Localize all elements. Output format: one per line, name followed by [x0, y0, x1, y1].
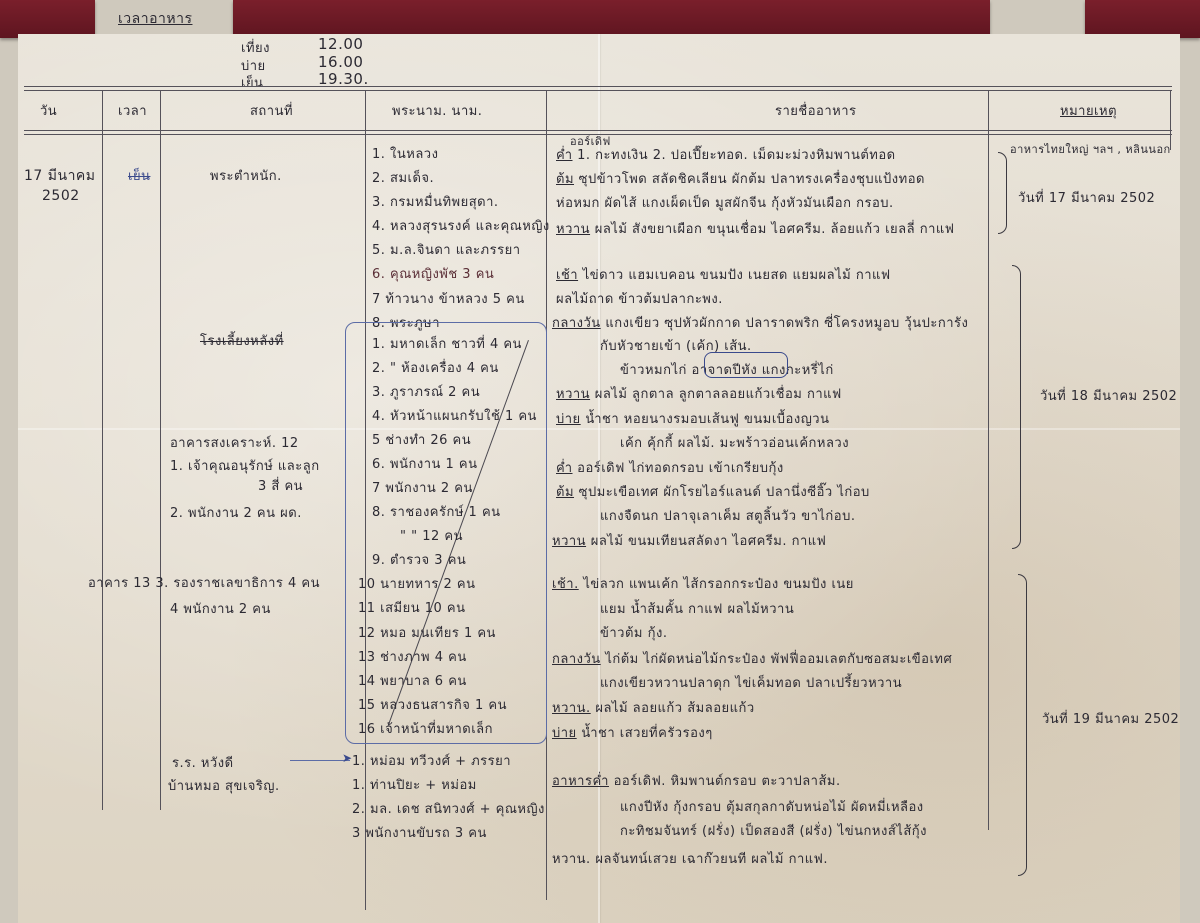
menu-items: เค้ก คุ้กกี้ ผลไม้. มะพร้าวอ่อนเค้กหลวง: [620, 436, 849, 451]
menu-items: ข้าวต้ม กุ้ง.: [600, 626, 667, 641]
day2-side-place: อาคารสงเคราะห์. 12: [170, 432, 299, 453]
day2-guest: " " 12 คน: [400, 525, 463, 546]
meal-label: เช้า: [556, 268, 578, 283]
day2-guest: 12 หมอ มนเทียร 1 คน: [358, 622, 496, 643]
day2-guest: 9. ตำรวจ 3 คน: [372, 549, 466, 570]
meal-label: ต้ม: [556, 172, 574, 187]
meal-label: ต้ม: [556, 485, 574, 500]
meal-label: หวาน.: [552, 852, 591, 867]
day3-guest: 3 พนักงานขับรถ 3 คน: [352, 822, 487, 843]
day3-menu-row: ข้าวต้ม กุ้ง.: [600, 622, 667, 643]
day2-guest: 10 นายทหาร 2 คน: [358, 573, 476, 594]
arrow-head-icon: ➤: [342, 751, 353, 765]
day2-guest: 14 พยาบาล 6 คน: [358, 670, 467, 691]
menu-items: แกงจืดนก ปลาจุเลาเค็ม สตูลิ้นวัว ขาไก่อบ…: [600, 509, 855, 524]
menu-items: ไข่ลวก แพนเค้ก ไส้กรอกกระป๋อง ขนมปัง เนย: [583, 577, 854, 592]
meal-label: ค่ำ: [556, 148, 573, 163]
day1-guest: 4. หลวงสุรนรงค์ และคุณหญิง: [372, 215, 550, 236]
meal-label: หวาน: [552, 534, 586, 549]
meal-label: หวาน: [556, 387, 590, 402]
day2-menu-row: เช้า ไข่ดาว แฮมเบคอน ขนมปัง เนยสด แยมผลไ…: [556, 264, 891, 285]
day3-menu-row: แยม น้ำส้มคั้น กาแฟ ผลไม้หวาน: [600, 598, 794, 619]
day3-side-place2: บ้านหมอ สุขเจริญ.: [168, 775, 280, 796]
day3-menu-row: หวาน. ผลจันทน์เสวย เฉาก๊วยนที ผลไม้ กาแฟ…: [552, 848, 828, 869]
day3-menu-row: กลางวัน ไก่ต้ม ไก่ผัดหน่อไม้กระป๋อง พัฟฟ…: [552, 648, 952, 669]
menu-items: ซุปมะเขือเทศ ผักโรยไอร์แลนด์ ปลานึ่งซีอิ…: [579, 485, 870, 500]
menu-items: ผลจันทน์เสวย เฉาก๊วยนที ผลไม้ กาแฟ.: [595, 852, 828, 867]
meal-label: หวาน: [556, 222, 590, 237]
meal-time-noon: 12.00: [318, 35, 363, 53]
day1-guest: 6. คุณหญิงพัช 3 คน: [372, 263, 494, 284]
day1-menu-dessert: หวาน ผลไม้ สังขยาเผือก ขนุนเชื่อม ไอศครี…: [556, 218, 954, 239]
col-divider-5: [988, 90, 989, 830]
menu-items: แยม น้ำส้มคั้น กาแฟ ผลไม้หวาน: [600, 602, 794, 617]
menu-items: แกงเขียวหวานปลาดุก ไข่เค็มทอด ปลาเปรี้ยว…: [600, 676, 902, 691]
day2-menu-row: หวาน ผลไม้ ลูกตาล ลูกตาลลอยแก้วเชื่อม กา…: [556, 383, 842, 404]
board-edge-left: [0, 0, 95, 38]
day3-menu-row: แกงปีหัง กุ้งกรอบ ตุ้มสกุลกาดับหน่อไม้ ผ…: [620, 796, 924, 817]
column-header-place: สถานที่: [250, 100, 293, 121]
meal-label: บ่าย: [556, 412, 581, 427]
menu-items: 1. กะทงเงิน 2. ปอเปี๊ยะทอด. เม็ดมะม่วงหิ…: [577, 148, 895, 163]
day1-time: เย็น: [128, 165, 150, 186]
day1-guest: 3. กรมหมื่นทิพยสุดา.: [372, 191, 499, 212]
column-header-remarks: หมายเหตุ: [1060, 100, 1117, 121]
day3-menu-row: อาหารค่ำ ออร์เดิฟ. หิมพานต์กรอบ ตะวาปลาส…: [552, 770, 841, 791]
day3-menu-row: กะทิชมจันทร์ (ฝรั่ง) เป็ดสองสี (ฝรั่ง) ไ…: [620, 820, 927, 841]
day2-remark: วันที่ 18 มีนาคม 2502: [1040, 385, 1177, 406]
meal-label: ห่อหมก: [556, 196, 600, 211]
day2-guest: 3. ภูราภรณ์ 2 คน: [372, 381, 480, 402]
day1-guest: 7 ท้าวนาง ข้าหลวง 5 คน: [372, 288, 525, 309]
day3-guest: 1. หม่อม ทวีวงศ์ + ภรรยา: [352, 750, 511, 771]
meal-time-afternoon: 16.00: [318, 53, 363, 71]
menu-items: ผลไม้ สังขยาเผือก ขนุนเชื่อม ไอศครีม. ล้…: [595, 222, 955, 237]
meal-label: อาหารค่ำ: [552, 774, 609, 789]
menu-items: ซุปข้าวโพด สลัดชิคเลียน ผักต้ม ปลาทรงเคร…: [579, 172, 925, 187]
day2-menu-row: บ่าย น้ำชา หอยนางรมอบเส้นฟู ขนมเบื้องญวน: [556, 408, 829, 429]
board-edge-center: [233, 0, 990, 38]
day2-menu-row: ผลไม้ถาด ข้าวต้มปลากะพง.: [556, 288, 723, 309]
menu-items: น้ำชา เสวยที่ครัวรองๆ: [581, 726, 712, 741]
day3-menu-row: บ่าย น้ำชา เสวยที่ครัวรองๆ: [552, 722, 713, 743]
meal-label: กลางวัน: [552, 316, 601, 331]
day2-guest: 1. มหาดเล็ก ชาวที่ 4 คน: [372, 333, 522, 354]
day1-guest: 1. ในหลวง: [372, 143, 438, 164]
day2-guest: 7 พนักงาน 2 คน: [372, 477, 473, 498]
board-edge-right: [1085, 0, 1200, 38]
menu-items: กะทิชมจันทร์ (ฝรั่ง) เป็ดสองสี (ฝรั่ง) ไ…: [620, 824, 927, 839]
day2-guest: 16 เจ้าหน้าที่มหาดเล็ก: [358, 718, 493, 739]
menu-items: ผัดไส้ แกงเผ็ดเป็ด มูสผักจีน กุ้งหัวมันเ…: [605, 196, 894, 211]
meal-label: เช้า.: [552, 577, 579, 592]
document-title: เวลาอาหาร: [118, 8, 192, 30]
day3-brace: [1018, 574, 1027, 876]
menu-items: ผลไม้ ขนมเทียนสลัดงา ไอศครีม. กาแฟ: [591, 534, 827, 549]
day2-brace: [1012, 265, 1021, 549]
day1-year: 2502: [42, 188, 80, 204]
day1-date: 17 มีนาคม: [24, 165, 96, 187]
day1-guest: 2. สมเด็จ.: [372, 167, 434, 188]
table-top-border-double: [24, 90, 1172, 91]
day2-side-guest: อาคาร 13 3. รองราชเลขาธิการ 4 คน: [88, 572, 320, 593]
day1-menu-main: ห่อหมก ผัดไส้ แกงเผ็ดเป็ด มูสผักจีน กุ้ง…: [556, 192, 894, 213]
day2-guest: 8. ราชองครักษ์ 1 คน: [372, 501, 501, 522]
meal-label: ค่ำ: [556, 461, 573, 476]
day2-side-guest: 3 สี่ คน: [258, 475, 303, 496]
day2-menu-row: ค่ำ ออร์เดิฟ ไก่ทอดกรอบ เข้าเกรียบกุ้ง: [556, 457, 784, 478]
day1-brace: [998, 152, 1007, 234]
day2-guest: 15 หลวงธนสารกิจ 1 คน: [358, 694, 507, 715]
menu-items: ไข่ดาว แฮมเบคอน ขนมปัง เนยสด แยมผลไม้ กา…: [583, 268, 891, 283]
col-divider-2: [160, 90, 161, 810]
day2-menu-row: หวาน ผลไม้ ขนมเทียนสลัดงา ไอศครีม. กาแฟ: [552, 530, 826, 551]
day2-menu-row: เค้ก คุ้กกี้ ผลไม้. มะพร้าวอ่อนเค้กหลวง: [620, 432, 849, 453]
table-header-bottom: [24, 130, 1172, 131]
meal-label: กลางวัน: [552, 652, 601, 667]
table-top-border: [24, 86, 1172, 87]
day3-menu-row: เช้า. ไข่ลวก แพนเค้ก ไส้กรอกกระป๋อง ขนมป…: [552, 573, 854, 594]
menu-items: แกงปีหัง กุ้งกรอบ ตุ้มสกุลกาดับหน่อไม้ ผ…: [620, 800, 924, 815]
column-header-names: พระนาม. นาม.: [392, 100, 482, 121]
day2-menu-row: แกงจืดนก ปลาจุเลาเค็ม สตูลิ้นวัว ขาไก่อบ…: [600, 505, 855, 526]
day2-guest: 6. พนักงาน 1 คน: [372, 453, 478, 474]
menu-items: แกงเขียว ซุปหัวผักกาด ปลาราดพริก ซี่โครง…: [605, 316, 968, 331]
circled-item-outline: [704, 352, 788, 378]
column-header-menu: รายชื่ออาหาร: [775, 100, 857, 121]
menu-items: ผลไม้ ลูกตาล ลูกตาลลอยแก้วเชื่อม กาแฟ: [595, 387, 842, 402]
day2-side-guest: 2. พนักงาน 2 คน ผด.: [170, 502, 302, 523]
day2-menu-row: ต้ม ซุปมะเขือเทศ ผักโรยไอร์แลนด์ ปลานึ่ง…: [556, 481, 870, 502]
day1-menu-soup: ต้ม ซุปข้าวโพด สลัดชิคเลียน ผักต้ม ปลาทร…: [556, 168, 925, 189]
menu-items: ออร์เดิฟ ไก่ทอดกรอบ เข้าเกรียบกุ้ง: [577, 461, 784, 476]
day3-menu-row: หวาน. ผลไม้ ลอยแก้ว ส้มลอยแก้ว: [552, 697, 755, 718]
day3-guest: 2. มล. เดช สนิทวงศ์ + คุณหญิง: [352, 798, 545, 819]
menu-items: ออร์เดิฟ. หิมพานต์กรอบ ตะวาปลาส้ม.: [614, 774, 841, 789]
day2-side-guest: 4 พนักงาน 2 คน: [170, 598, 271, 619]
day3-menu-row: แกงเขียวหวานปลาดุก ไข่เค็มทอด ปลาเปรี้ยว…: [600, 672, 902, 693]
day2-guest: 5 ช่างทำ 26 คน: [372, 429, 471, 450]
menu-items: น้ำชา หอยนางรมอบเส้นฟู ขนมเบื้องญวน: [585, 412, 829, 427]
day2-guest: 4. หัวหน้าแผนกรับใช้ 1 คน: [372, 405, 537, 426]
day2-side-guest: 1. เจ้าคุณอนุรักษ์ และลูก: [170, 455, 320, 476]
column-header-date: วัน: [40, 100, 57, 121]
meal-label: บ่าย: [552, 726, 577, 741]
day2-menu-row: กลางวัน แกงเขียว ซุปหัวผักกาด ปลาราดพริก…: [552, 312, 968, 333]
day1-menu-dinner-note: ออร์เดิฟ: [570, 132, 611, 150]
day2-guest: 2. " ห้องเครื่อง 4 คน: [372, 357, 499, 378]
day2-place-note: โรงเลี้ยงหลังที่: [200, 330, 284, 351]
day1-guest: 5. ม.ล.จินดา และภรรยา: [372, 239, 521, 260]
day3-remark: วันที่ 19 มีนาคม 2502: [1042, 708, 1179, 729]
arrow-line: [290, 760, 350, 761]
remark-header-note: อาหารไทยใหญ่ ฯลฯ , หลินนอก: [1010, 140, 1171, 158]
menu-items: ผลไม้ ลอยแก้ว ส้มลอยแก้ว: [595, 701, 754, 716]
col-divider-1: [102, 90, 103, 810]
day3-side-place: ร.ร. หวังดี: [172, 752, 234, 773]
day1-place: พระตำหนัก.: [210, 165, 282, 186]
day2-guest: 11 เสมียน 10 คน: [358, 597, 466, 618]
day1-remark: วันที่ 17 มีนาคม 2502: [1018, 187, 1155, 208]
menu-items: ผลไม้ถาด ข้าวต้มปลากะพง.: [556, 292, 723, 307]
column-header-time: เวลา: [118, 100, 147, 121]
day2-guest: 13 ช่างภาพ 4 คน: [358, 646, 467, 667]
menu-items: ไก่ต้ม ไก่ผัดหน่อไม้กระป๋อง พัฟฟี่ออมเลต…: [605, 652, 952, 667]
day3-guest: 1. ท่านปิยะ + หม่อม: [352, 774, 477, 795]
meal-label: หวาน.: [552, 701, 591, 716]
